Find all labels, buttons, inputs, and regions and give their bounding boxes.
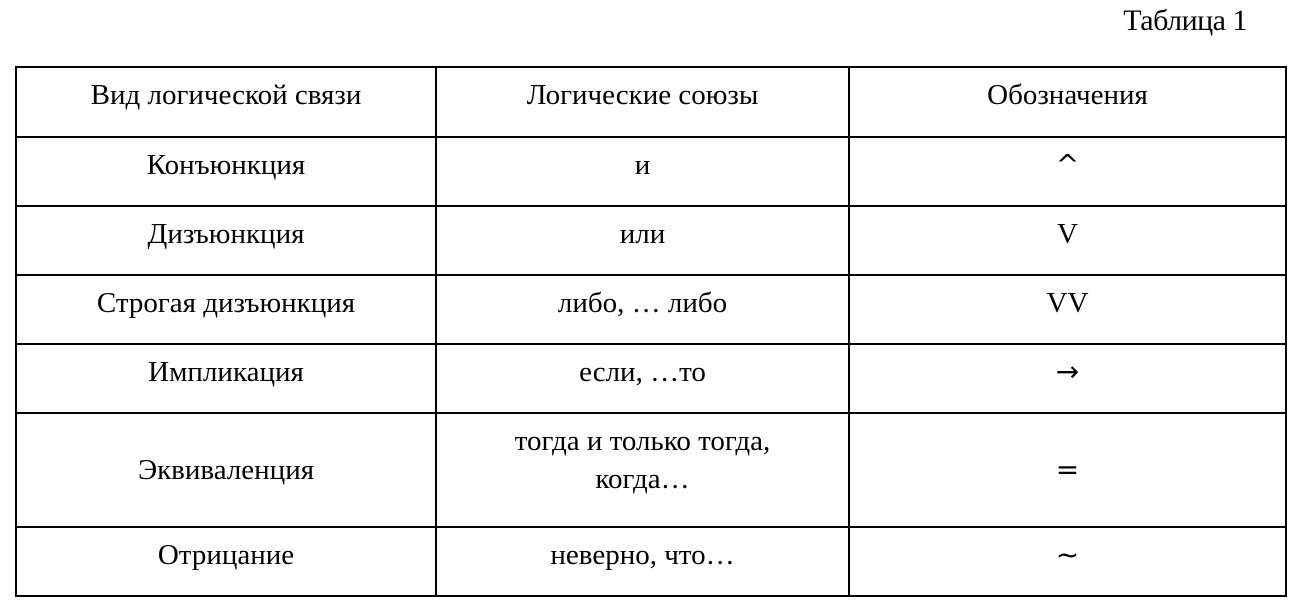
table-row: Конъюнкция и ^ [16, 137, 1286, 206]
cell-symbol: VV [849, 275, 1286, 344]
table-row: Импликация если, …то → [16, 344, 1286, 413]
cell-type: Отрицание [16, 527, 436, 596]
header-connective-type: Вид логической связи [16, 67, 436, 137]
cell-conjunction: если, …то [436, 344, 849, 413]
cell-symbol: ^ [849, 137, 1286, 206]
header-notation: Обозначения [849, 67, 1286, 137]
cell-conjunction: неверно, что… [436, 527, 849, 596]
cell-type: Импликация [16, 344, 436, 413]
cell-conjunction-line2: когда… [443, 460, 842, 498]
logic-connectives-table: Вид логической связи Логические союзы Об… [15, 66, 1287, 597]
cell-conjunction: тогда и только тогда, когда… [436, 413, 849, 527]
cell-symbol: V [849, 206, 1286, 275]
table-row: Дизъюнкция или V [16, 206, 1286, 275]
table-row: Строгая дизъюнкция либо, … либо VV [16, 275, 1286, 344]
table-row: Эквиваленция тогда и только тогда, когда… [16, 413, 1286, 527]
cell-symbol: → [849, 344, 1286, 413]
cell-type: Строгая дизъюнкция [16, 275, 436, 344]
table-caption: Таблица 1 [1123, 4, 1247, 38]
cell-conjunction: либо, … либо [436, 275, 849, 344]
table-header-row: Вид логической связи Логические союзы Об… [16, 67, 1286, 137]
cell-type: Конъюнкция [16, 137, 436, 206]
cell-type: Дизъюнкция [16, 206, 436, 275]
cell-conjunction: и [436, 137, 849, 206]
cell-symbol: = [849, 413, 1286, 527]
cell-symbol: ~ [849, 527, 1286, 596]
cell-type: Эквиваленция [16, 413, 436, 527]
table-row: Отрицание неверно, что… ~ [16, 527, 1286, 596]
cell-conjunction-line1: тогда и только тогда, [443, 422, 842, 460]
header-logical-conjunctions: Логические союзы [436, 67, 849, 137]
cell-conjunction: или [436, 206, 849, 275]
